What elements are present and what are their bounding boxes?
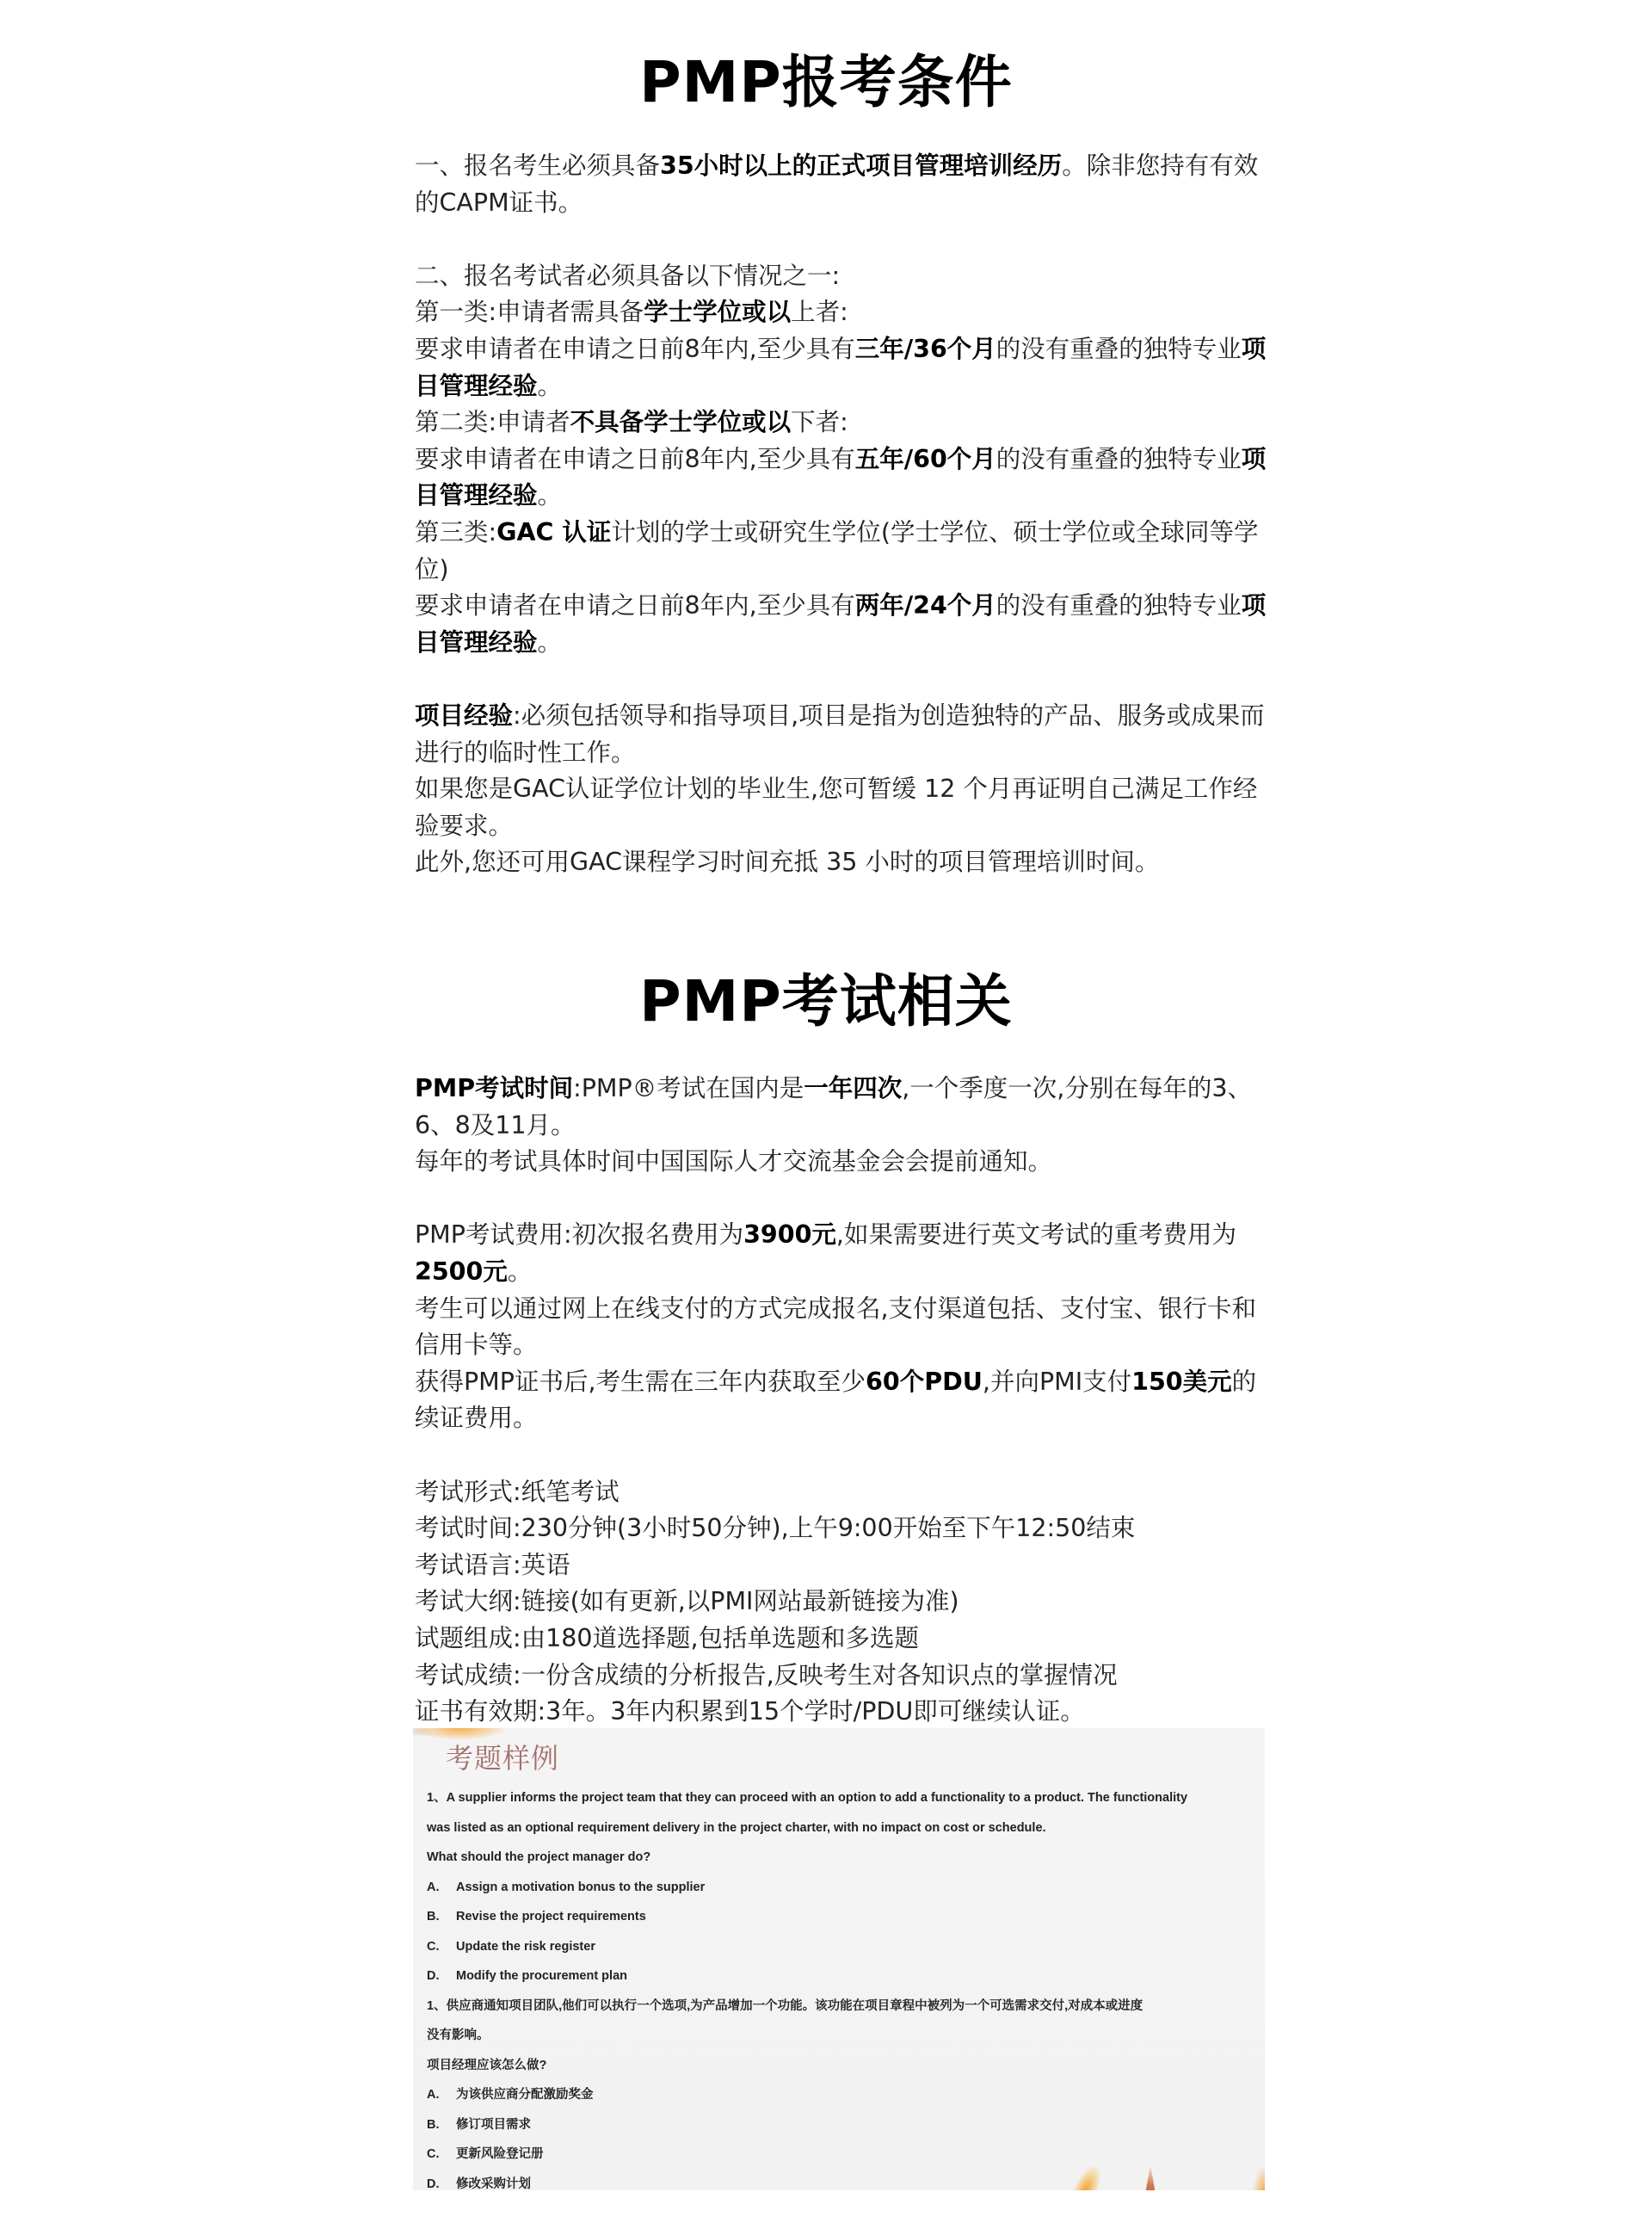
option-en-c: C.Update the risk register — [427, 1937, 1257, 1967]
option-text: Revise the project requirements — [456, 1907, 646, 1937]
text: 要求申请者在申请之日前8年内,至少具有 — [415, 445, 855, 473]
paragraph: 第二类:申请者不具备学士学位或以下者: — [415, 404, 1275, 442]
text: 上者: — [791, 298, 848, 326]
option-key: A. — [427, 1878, 456, 1908]
text: 。 — [538, 481, 563, 509]
bold-text: 两年/24个月 — [855, 591, 996, 620]
option-zh-c: C.更新风险登记册 — [427, 2145, 1257, 2175]
text: :PMP®考试在国内是 — [573, 1074, 804, 1102]
bold-text: 学士学位或以 — [644, 298, 791, 326]
text: 第三类: — [415, 518, 496, 546]
bold-text: GAC 认证 — [496, 518, 611, 546]
paragraph: 项目经验:必须包括领导和指导项目,项目是指为创造独特的产品、服务或成果而进行的临… — [415, 698, 1275, 771]
bold-text: 五年/60个月 — [855, 445, 996, 473]
requirements-body: 一、报名考生必须具备35小时以上的正式项目管理培训经历。除非您持有有效的CAPM… — [415, 148, 1275, 881]
sample-question: 1、A supplier informs the project team th… — [427, 1788, 1257, 2190]
option-en-a: A.Assign a motivation bonus to the suppl… — [427, 1878, 1257, 1908]
option-text: Update the risk register — [456, 1937, 595, 1967]
text: 要求申请者在申请之日前8年内,至少具有 — [415, 591, 855, 620]
text: 的没有重叠的独特专业 — [996, 335, 1242, 363]
paragraph-gap — [415, 221, 1275, 258]
question-en-line2: was listed as an optional requirement de… — [427, 1819, 1257, 1849]
text: 考试时间:230分钟(3小时50分钟),上午9:00开始至下午12:50结束 — [415, 1514, 1135, 1542]
option-key: C. — [427, 1937, 456, 1967]
text: :必须包括领导和指导项目,项目是指为创造独特的产品、服务或成果而进行的临时性工作… — [415, 701, 1265, 767]
option-key: A. — [427, 2085, 456, 2115]
text: 第一类:申请者需具备 — [415, 298, 644, 326]
bold-text: 60个PDU — [866, 1368, 983, 1396]
paragraph: 要求申请者在申请之日前8年内,至少具有两年/24个月的没有重叠的独特专业项目管理… — [415, 588, 1275, 661]
text: 考试语言:英语 — [415, 1551, 570, 1579]
section-title-requirements: PMP报考条件 — [0, 48, 1652, 117]
bold-text: 3900元 — [743, 1220, 836, 1249]
option-zh-b: B.修订项目需求 — [427, 2115, 1257, 2146]
bold-text: 不具备学士学位或以 — [570, 408, 792, 436]
option-text: Modify the procurement plan — [456, 1967, 627, 1997]
paragraph: 第一类:申请者需具备学士学位或以上者: — [415, 294, 1275, 331]
text: PMP考试费用:初次报名费用为 — [415, 1220, 743, 1249]
paragraph: 第三类:GAC 认证计划的学士或研究生学位(学士学位、硕士学位或全球同等学位) — [415, 515, 1275, 588]
option-key: D. — [427, 1967, 456, 1997]
option-en-b: B.Revise the project requirements — [427, 1907, 1257, 1937]
text: 第二类:申请者 — [415, 408, 570, 436]
bold-text: 35小时以上的正式项目管理培训经历 — [660, 151, 1062, 180]
paragraph: 试题组成:由180道选择题,包括单选题和多选题 — [415, 1621, 1275, 1658]
text: 证书有效期:3年。3年内积累到15个学时/PDU即可继续认证。 — [415, 1697, 1085, 1726]
option-text: 更新风险登记册 — [456, 2145, 544, 2175]
prompt-zh: 项目经理应该怎么做? — [427, 2056, 1257, 2086]
option-key: D. — [427, 2175, 456, 2191]
text: 。 — [508, 1257, 533, 1286]
bold-text: PMP考试时间 — [415, 1074, 573, 1102]
paragraph: PMP考试时间:PMP®考试在国内是一年四次,一个季度一次,分别在每年的3、6、… — [415, 1071, 1275, 1144]
paragraph: 考试大纲:链接(如有更新,以PMI网站最新链接为准) — [415, 1584, 1275, 1621]
text: 每年的考试具体时间中国国际人才交流基金会会提前通知。 — [415, 1147, 1052, 1176]
bold-text: 三年/36个月 — [855, 335, 996, 363]
paragraph: 证书有效期:3年。3年内积累到15个学时/PDU即可继续认证。 — [415, 1694, 1275, 1731]
paragraph: 如果您是GAC认证学位计划的毕业生,您可暂缓 12 个月再证明自己满足工作经验要… — [415, 771, 1275, 844]
text: 一、报名考生必须具备 — [415, 151, 660, 180]
option-key: B. — [427, 2115, 456, 2146]
bold-text: 150美元 — [1131, 1368, 1232, 1396]
paragraph: 要求申请者在申请之日前8年内,至少具有五年/60个月的没有重叠的独特专业项目管理… — [415, 442, 1275, 515]
text: 考生可以通过网上在线支付的方式完成报名,支付渠道包括、支付宝、银行卡和信用卡等。 — [415, 1294, 1256, 1360]
option-en-d: D.Modify the procurement plan — [427, 1967, 1257, 1997]
bold-text: 项目经验 — [415, 701, 513, 730]
section-title-exam-info: PMP考试相关 — [0, 967, 1652, 1036]
paragraph: 考生可以通过网上在线支付的方式完成报名,支付渠道包括、支付宝、银行卡和信用卡等。 — [415, 1291, 1275, 1364]
text: 如果您是GAC认证学位计划的毕业生,您可暂缓 12 个月再证明自己满足工作经验要… — [415, 775, 1257, 840]
text: 下者: — [791, 408, 848, 436]
bold-text: 一年四次 — [804, 1074, 902, 1102]
option-text: 修订项目需求 — [456, 2115, 531, 2146]
option-text: 修改采购计划 — [456, 2175, 531, 2191]
paragraph: 考试成绩:一份含成绩的分析报告,反映考生对各知识点的掌握情况 — [415, 1658, 1275, 1695]
question-en-line1: 1、A supplier informs the project team th… — [427, 1788, 1257, 1819]
bold-text: 2500元 — [415, 1257, 508, 1286]
question-zh-line1: 1、供应商通知项目团队,他们可以执行一个选项,为产品增加一个功能。该功能在项目章… — [427, 1997, 1257, 2027]
paragraph: 每年的考试具体时间中国国际人才交流基金会会提前通知。 — [415, 1144, 1275, 1181]
paragraph: 考试形式:纸笔考试 — [415, 1474, 1275, 1511]
paragraph: PMP考试费用:初次报名费用为3900元,如果需要进行英文考试的重考费用为250… — [415, 1217, 1275, 1290]
option-zh-d: D.修改采购计划 — [427, 2175, 1257, 2191]
question-zh-line2: 没有影响。 — [427, 2026, 1257, 2056]
exam-info-body: PMP考试时间:PMP®考试在国内是一年四次,一个季度一次,分别在每年的3、6、… — [415, 1071, 1275, 1731]
paragraph-gap — [415, 1437, 1275, 1474]
option-text: 为该供应商分配激励奖金 — [456, 2085, 594, 2115]
option-key: B. — [427, 1907, 456, 1937]
text: ,如果需要进行英文考试的重考费用为 — [836, 1220, 1236, 1249]
paragraph: 一、报名考生必须具备35小时以上的正式项目管理培训经历。除非您持有有效的CAPM… — [415, 148, 1275, 221]
text: ,并向PMI支付 — [983, 1368, 1131, 1396]
text: 考试大纲:链接(如有更新,以PMI网站最新链接为准) — [415, 1587, 959, 1615]
paragraph: 考试时间:230分钟(3小时50分钟),上午9:00开始至下午12:50结束 — [415, 1510, 1275, 1547]
paragraph: 考试语言:英语 — [415, 1547, 1275, 1584]
prompt-en: What should the project manager do? — [427, 1848, 1257, 1878]
option-zh-a: A.为该供应商分配激励奖金 — [427, 2085, 1257, 2115]
text: 此外,您还可用GAC课程学习时间充抵 35 小时的项目管理培训时间。 — [415, 848, 1159, 876]
paragraph: 获得PMP证书后,考生需在三年内获取至少60个PDU,并向PMI支付150美元的… — [415, 1364, 1275, 1437]
paragraph-gap — [415, 661, 1275, 698]
text: 考试成绩:一份含成绩的分析报告,反映考生对各知识点的掌握情况 — [415, 1661, 1118, 1689]
text: 要求申请者在申请之日前8年内,至少具有 — [415, 335, 855, 363]
text: 的没有重叠的独特专业 — [996, 445, 1242, 473]
paragraph: 要求申请者在申请之日前8年内,至少具有三年/36个月的没有重叠的独特专业项目管理… — [415, 331, 1275, 404]
paragraph-gap — [415, 1181, 1275, 1218]
sample-title: 考题样例 — [446, 1737, 559, 1776]
option-text: Assign a motivation bonus to the supplie… — [456, 1878, 705, 1908]
text: 试题组成:由180道选择题,包括单选题和多选题 — [415, 1624, 919, 1652]
text: 。 — [538, 372, 563, 400]
paragraph: 二、报名考试者必须具备以下情况之一: — [415, 258, 1275, 295]
option-key: C. — [427, 2145, 456, 2175]
text: 二、报名考试者必须具备以下情况之一: — [415, 262, 840, 290]
text: 的没有重叠的独特专业 — [996, 591, 1242, 620]
paragraph: 此外,您还可用GAC课程学习时间充抵 35 小时的项目管理培训时间。 — [415, 844, 1275, 881]
text: 获得PMP证书后,考生需在三年内获取至少 — [415, 1368, 866, 1396]
decor-petal-icon — [1252, 2164, 1265, 2190]
text: 考试形式:纸笔考试 — [415, 1478, 619, 1506]
text: 。 — [538, 628, 563, 657]
sample-question-image: 考题样例 1、A supplier informs the project te… — [413, 1728, 1265, 2190]
